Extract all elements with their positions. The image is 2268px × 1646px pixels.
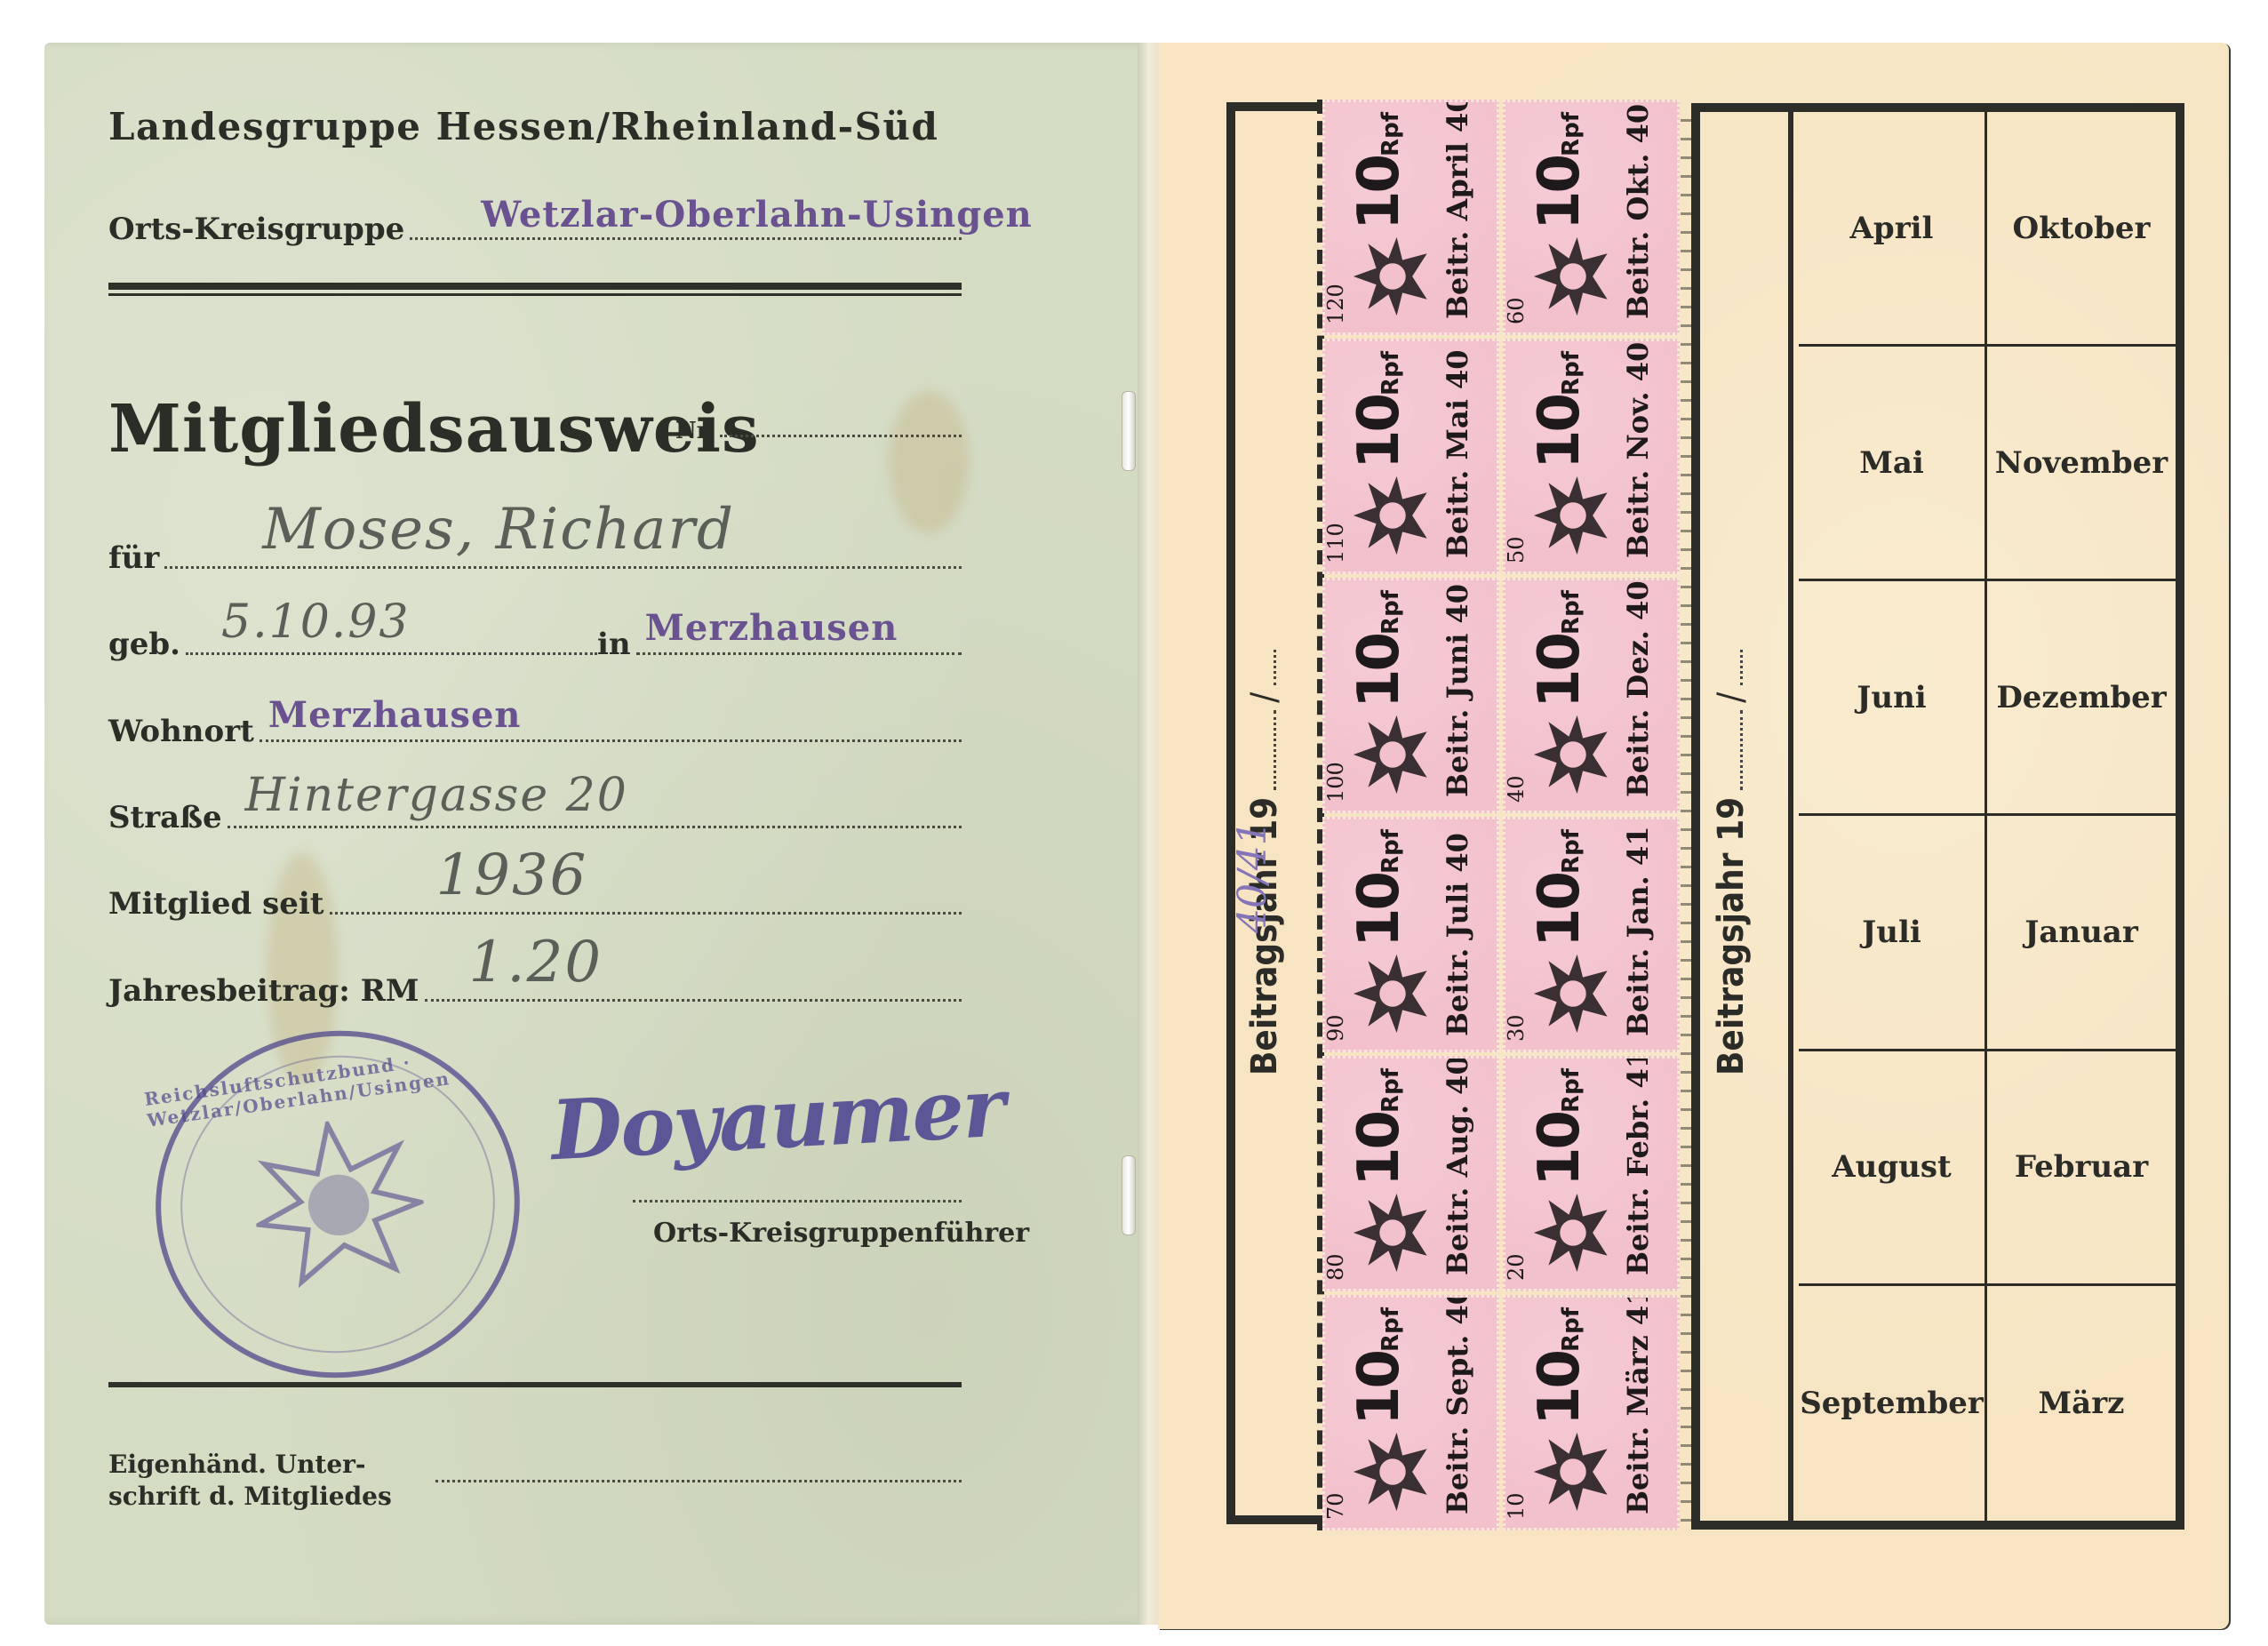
month-cell: Juni: [1799, 581, 1987, 816]
birthplace-dotted-line: Merzhausen: [636, 652, 962, 655]
member-signature-label-line1: Eigenhänd. Unter-: [108, 1449, 392, 1481]
residence-dotted-line: Merzhausen: [260, 739, 962, 742]
stamp-month: Beitr. Dez. 40: [1621, 580, 1655, 797]
street-field: Straße Hintergasse 20: [108, 800, 962, 835]
month-cell: Mai: [1799, 347, 1987, 581]
residence-value: Merzhausen: [268, 694, 522, 736]
star-emblem-icon: [1352, 714, 1433, 795]
member-since-dotted-line: 1936: [330, 912, 962, 915]
dues-stamp: 20 10Rpf Beitr. Febr. 41: [1503, 1056, 1680, 1291]
stamp-value: 10Rpf: [1527, 589, 1593, 707]
header-rule-thin: [108, 293, 962, 296]
star-emblem-icon: [1352, 1192, 1433, 1274]
dues-stamp: 120 10Rpf Beitr. April 40: [1322, 100, 1499, 335]
stamp-value: 10Rpf: [1527, 828, 1593, 947]
dues-stamp-sheet: 120 10Rpf Beitr. April 40 60 10Rpf Beitr…: [1322, 100, 1680, 1530]
annual-fee-value: 1.20: [469, 930, 603, 995]
regional-group-heading: Landesgruppe Hessen/Rheinland-Süd: [108, 105, 938, 148]
year-dotted-line: [1274, 650, 1276, 685]
footer-rule: [108, 1382, 962, 1387]
member-since-value: 1936: [436, 843, 588, 908]
stamp-value: 10Rpf: [1527, 111, 1593, 229]
stamp-value: 10Rpf: [1527, 350, 1593, 468]
stamp-value: 10Rpf: [1346, 1306, 1412, 1425]
month-grid: April Oktober Mai November Juni Dezember…: [1799, 112, 2176, 1521]
group-field: Orts-Kreisgruppe Wetzlar-Oberlahn-Usinge…: [108, 212, 962, 247]
birthplace-value: Merzhausen: [645, 607, 898, 649]
birthdate-label: geb.: [108, 627, 180, 662]
star-emblem-icon: [1532, 953, 1614, 1035]
year-dotted-line: [1740, 710, 1743, 790]
month-table: April Oktober Mai November Juni Dezember…: [1691, 103, 2184, 1530]
annual-fee-field: Jahresbeitrag: RM 1.20: [108, 973, 962, 1009]
birthdate-dotted-line: 5.10.93: [186, 652, 597, 655]
dues-stamp: 100 10Rpf Beitr. Juni 40: [1322, 578, 1499, 813]
stamp-counter: 20: [1504, 1253, 1529, 1281]
stamp-month: Beitr. Aug. 40: [1441, 1056, 1474, 1275]
stamp-counter: 80: [1323, 1253, 1348, 1281]
month-cell: Januar: [1987, 816, 2176, 1051]
stamp-month: Beitr. Nov. 40: [1621, 341, 1655, 557]
stamp-counter: 100: [1323, 762, 1348, 803]
stamp-counter: 90: [1323, 1014, 1348, 1042]
dues-stamp: 40 10Rpf Beitr. Dez. 40: [1503, 578, 1680, 813]
month-cell: November: [1987, 347, 2176, 581]
month-cell: Juli: [1799, 816, 1987, 1051]
residence-label: Wohnort: [108, 714, 254, 749]
contribution-year-handwritten: 40/41: [1230, 820, 1275, 933]
month-cell: Oktober: [1987, 112, 2176, 347]
star-emblem-icon: [1532, 714, 1614, 795]
group-dotted-line: Wetzlar-Oberlahn-Usingen: [410, 237, 962, 240]
birthplace-field: in Merzhausen: [597, 627, 962, 662]
staple: [1122, 1155, 1136, 1235]
street-value: Hintergasse 20: [245, 769, 628, 822]
group-value: Wetzlar-Oberlahn-Usingen: [481, 194, 1032, 236]
stamp-value: 10Rpf: [1346, 111, 1412, 229]
stamp-month: Beitr. Febr. 41: [1621, 1056, 1655, 1275]
year-slash: /: [1244, 692, 1285, 703]
tick-marks: [1681, 103, 1691, 1530]
stamp-month: Beitr. Sept. 40: [1441, 1295, 1474, 1514]
annual-fee-dotted-line: 1.20: [425, 999, 962, 1002]
star-emblem-icon: [1532, 236, 1614, 317]
stamp-value: 10Rpf: [1346, 1067, 1412, 1186]
number-label: Nr.: [675, 418, 715, 444]
stamp-value: 10Rpf: [1346, 350, 1412, 468]
name-dotted-line: Moses, Richard: [164, 566, 962, 569]
star-emblem-icon: [1352, 236, 1433, 317]
name-value: Moses, Richard: [262, 497, 735, 563]
star-emblem-icon: [1532, 475, 1614, 556]
member-signature-dotted-line: [435, 1480, 962, 1482]
street-label: Straße: [108, 800, 222, 835]
year-slash: /: [1711, 692, 1752, 703]
contribution-year-text: Beitragsjahr 19: [1711, 797, 1752, 1075]
number-dotted-line: [720, 435, 962, 437]
stamp-value: 10Rpf: [1346, 828, 1412, 947]
annual-fee-label: Jahresbeitrag: RM: [108, 973, 419, 1009]
month-cell: Dezember: [1987, 581, 2176, 816]
street-dotted-line: Hintergasse 20: [228, 826, 962, 828]
contribution-year-label-right: Beitragsjahr 19 /: [1711, 650, 1752, 1075]
year-dotted-line: [1274, 710, 1276, 790]
star-emblem-icon: [1352, 953, 1433, 1035]
star-emblem-icon: [1532, 1431, 1614, 1513]
dues-stamp: 80 10Rpf Beitr. Aug. 40: [1322, 1056, 1499, 1291]
stamp-counter: 40: [1504, 775, 1529, 803]
year-dotted-line: [1740, 650, 1743, 685]
stamp-counter: 50: [1504, 536, 1529, 563]
dues-stamp: 30 10Rpf Beitr. Jan. 41: [1503, 817, 1680, 1052]
document-title: Mitgliedsausweis: [108, 391, 760, 467]
month-cell: August: [1799, 1051, 1987, 1286]
member-since-label: Mitglied seit: [108, 886, 324, 922]
header-rule: [108, 283, 962, 290]
month-cell: März: [1987, 1286, 2176, 1521]
star-emblem-icon: [1532, 1192, 1614, 1274]
residence-field: Wohnort Merzhausen: [108, 714, 962, 749]
birthdate-value: 5.10.93: [221, 595, 410, 649]
signature-caption: Orts-Kreisgruppenführer: [653, 1218, 1029, 1249]
stamp-month: Beitr. Okt. 40: [1621, 103, 1655, 318]
dues-stamp: 110 10Rpf Beitr. Mai 40: [1322, 339, 1499, 574]
name-field: für Moses, Richard: [108, 540, 962, 576]
signature-dotted-line: [633, 1200, 962, 1203]
star-emblem-icon: [244, 1110, 435, 1301]
stamp-value: 10Rpf: [1346, 589, 1412, 707]
stamp-counter: 30: [1504, 1014, 1529, 1042]
name-label: für: [108, 540, 159, 576]
contribution-year-label-left: Beitragsjahr 19 / 40/41: [1244, 650, 1285, 1075]
member-since-field: Mitglied seit 1936: [108, 886, 962, 922]
dues-stamp: 10 10Rpf Beitr. März 41: [1503, 1295, 1680, 1530]
stamp-month: Beitr. Juli 40: [1441, 833, 1474, 1036]
dues-stamp: 70 10Rpf Beitr. Sept. 40: [1322, 1295, 1499, 1530]
staple: [1122, 391, 1136, 471]
dues-stamp: 60 10Rpf Beitr. Okt. 40: [1503, 100, 1680, 335]
stamp-counter: 10: [1504, 1492, 1529, 1520]
water-stain: [889, 391, 969, 533]
stamp-counter: 70: [1323, 1492, 1348, 1520]
star-emblem-icon: [1352, 475, 1433, 556]
stamp-month: Beitr. April 40: [1441, 100, 1474, 319]
member-signature-label: Eigenhänd. Unter- schrift d. Mitgliedes: [108, 1449, 392, 1513]
dues-stamp: 90 10Rpf Beitr. Juli 40: [1322, 817, 1499, 1052]
stamp-month: Beitr. März 41: [1621, 1295, 1655, 1514]
month-cell: Februar: [1987, 1051, 2176, 1286]
month-cell: April: [1799, 112, 1987, 347]
stamp-counter: 110: [1323, 523, 1348, 563]
stamp-counter: 120: [1323, 284, 1348, 324]
stamp-value: 10Rpf: [1527, 1067, 1593, 1186]
group-label: Orts-Kreisgruppe: [108, 212, 404, 247]
dues-stamp: 50 10Rpf Beitr. Nov. 40: [1503, 339, 1680, 574]
stamp-month: Beitr. Jan. 41: [1621, 826, 1655, 1036]
birthdate-field: geb. 5.10.93: [108, 627, 597, 662]
stamp-month: Beitr. Juni 40: [1441, 583, 1474, 796]
month-cell: September: [1799, 1286, 1987, 1521]
stamp-counter: 60: [1504, 297, 1529, 324]
member-signature-label-line2: schrift d. Mitgliedes: [108, 1481, 392, 1513]
stamp-value: 10Rpf: [1527, 1306, 1593, 1425]
stamp-month: Beitr. Mai 40: [1441, 349, 1474, 558]
official-seal: Reichsluftschutzbund · Wetzlar/Oberlahn/…: [133, 1007, 542, 1401]
star-emblem-icon: [1352, 1431, 1433, 1513]
birthplace-label: in: [597, 627, 631, 662]
number-field: Nr.: [675, 418, 962, 444]
